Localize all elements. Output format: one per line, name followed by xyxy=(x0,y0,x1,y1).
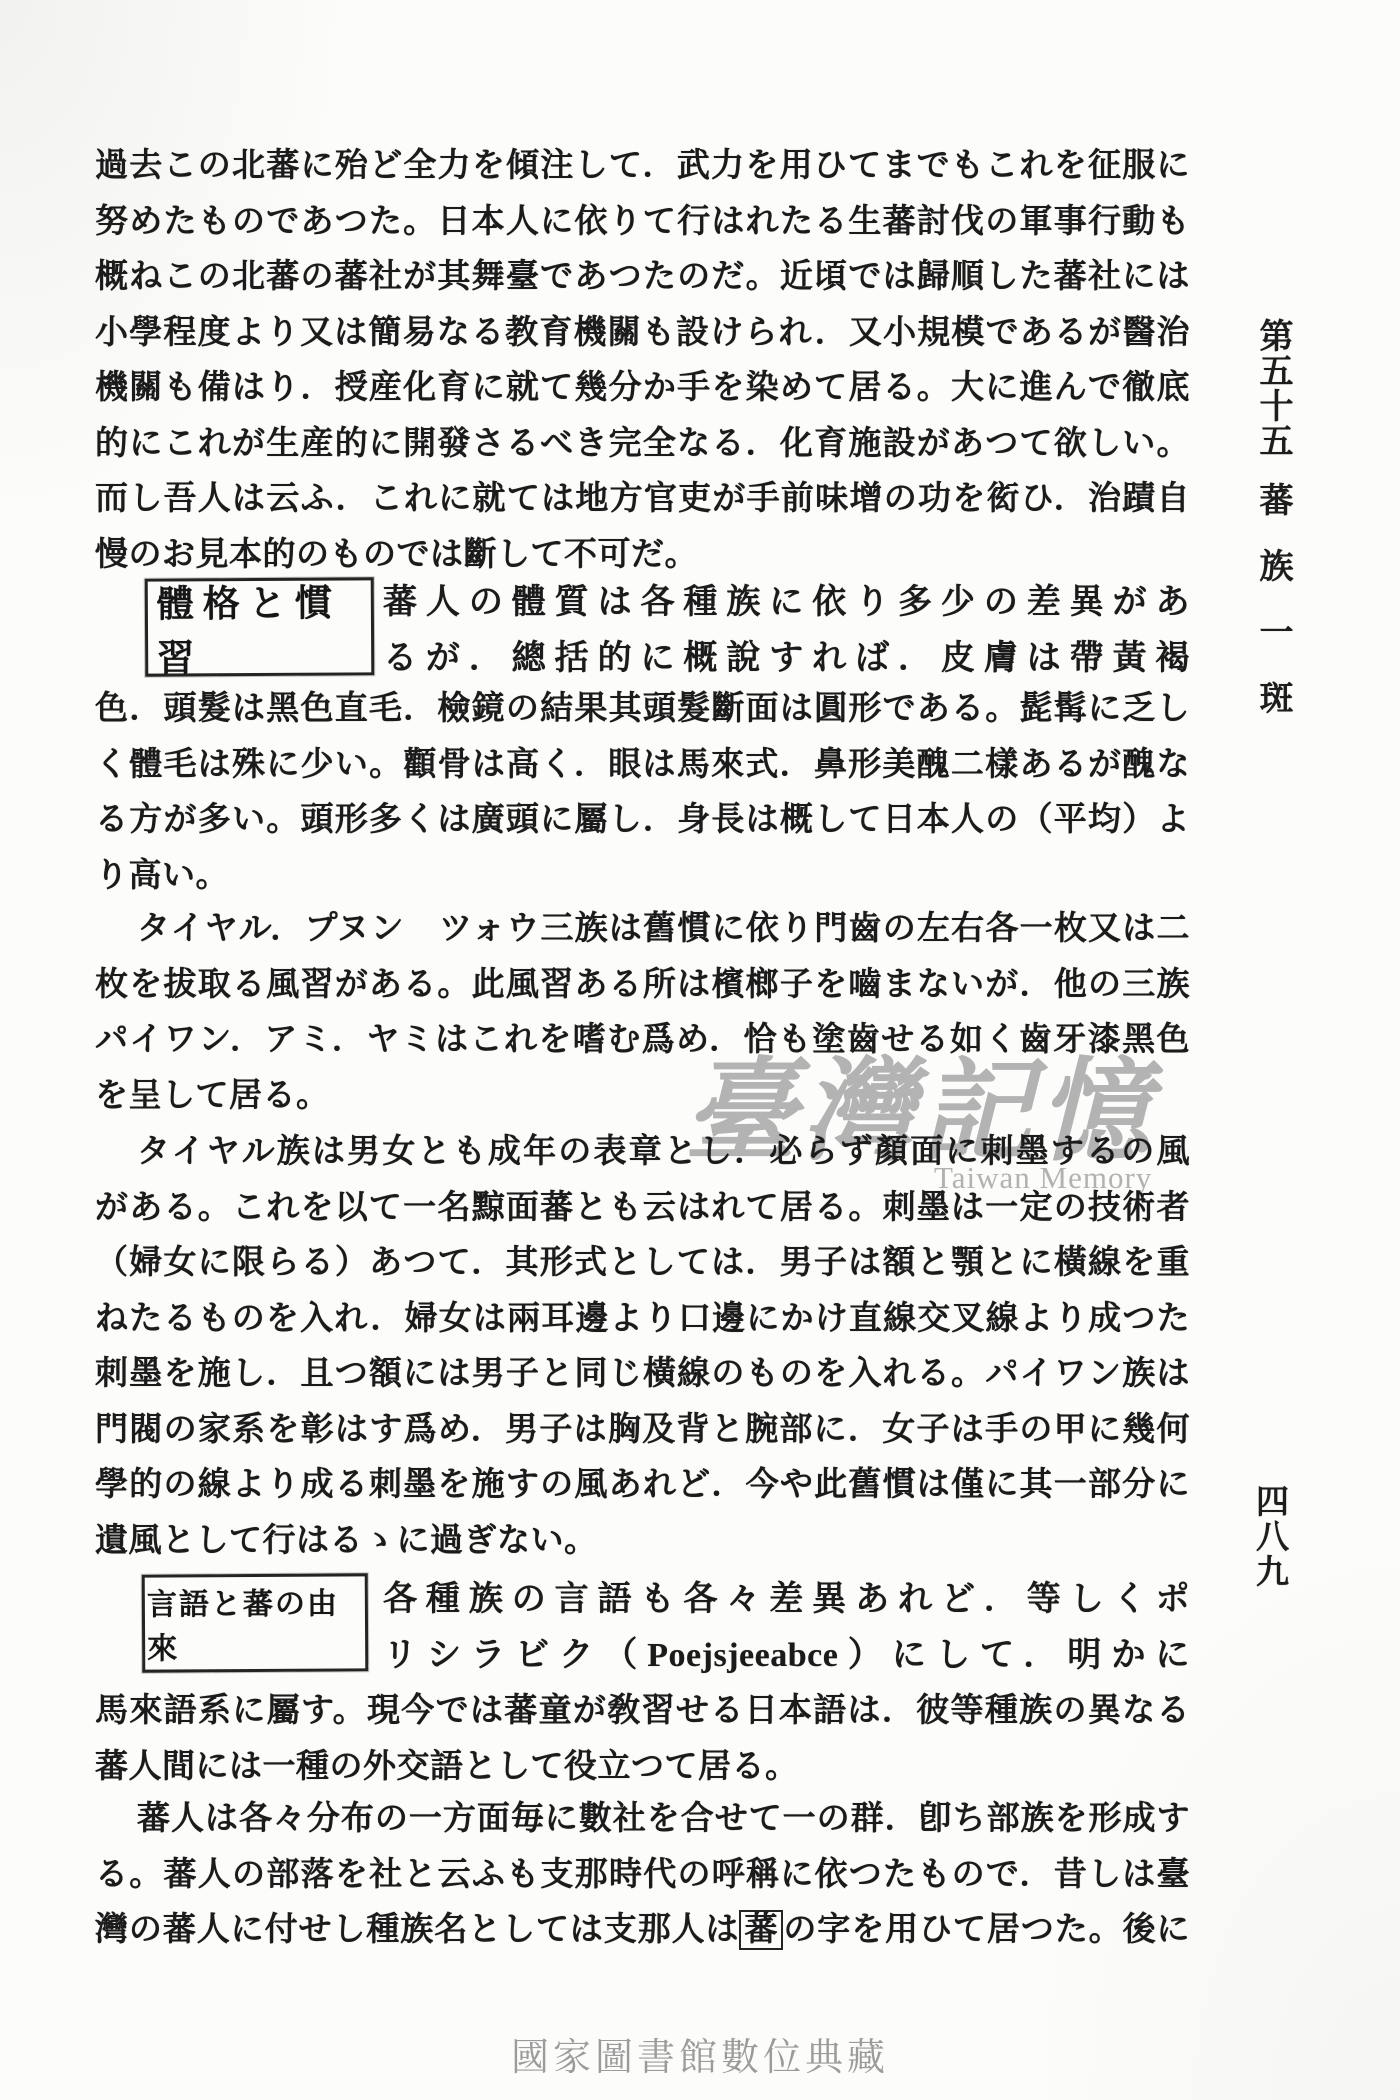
text-segment: 灣の蕃人に付せし種族名としては支那人は xyxy=(95,1912,739,1948)
margin-series-label: 蕃族一斑 xyxy=(1248,482,1297,746)
text-line: パイワン．アミ．ヤミはこれを嗜む爲め．恰も塗齒せる如く齒牙漆黑色 xyxy=(95,1013,1190,1069)
page-number: 四八九 xyxy=(1246,1484,1293,1589)
margin-chapter-label: 第五十五 xyxy=(1248,318,1297,458)
text-segment: の字を用ひて居つた。後に xyxy=(783,1912,1190,1948)
text-line: 過去この北蕃に殆ど全力を傾注して．武力を用ひてまでもこれを征服に xyxy=(95,139,1190,195)
text-line: 各種族の言語も各々差異あれど．等しくポ xyxy=(383,1572,1190,1628)
text-line: 蕃人の體質は各種族に依り多少の差異があ xyxy=(383,575,1190,631)
text-line: 色．頭髮は黑色直毛．檢鏡の結果其頭髮斷面は圓形である。髭髯に乏し xyxy=(95,682,1190,738)
text-line: 遺風として行はるゝに過ぎない。 xyxy=(95,1514,1190,1570)
text-line: がある。これを以て一名黥面蕃とも云はれて居る。刺墨は一定の技術者 xyxy=(95,1181,1190,1237)
text-line: 而し吾人は云ふ．これに就ては地方官吏が手前味增の功を衒ひ．治蹟自 xyxy=(95,472,1190,528)
national-library-watermark: 國家圖書館數位典藏 xyxy=(0,2026,1400,2081)
paragraph-4: タイヤル族は男女とも成年の表章とし．必らず顏面に刺墨するの風 がある。これを以て… xyxy=(95,1125,1190,1569)
text-line: る。蕃人の部落を社と云ふも支那時代の呼稱に依つたもので．昔しは臺 xyxy=(95,1848,1190,1904)
text-line: 努めたものであつた。日本人に依りて行はれたる生蕃討伐の軍事行動も xyxy=(95,195,1190,251)
text-line: るが．總括的に概說すれば．皮膚は帶黃褐 xyxy=(383,631,1190,687)
text-line: タイヤル族は男女とも成年の表章とし．必らず顏面に刺墨するの風 xyxy=(95,1125,1190,1181)
text-line: 小學程度より又は簡易なる教育機關も設けられ．又小規模であるが醫治 xyxy=(95,306,1190,362)
text-line: 枚を拔取る風習がある。此風習ある所は檳榔子を嚙まないが．他の三族 xyxy=(95,958,1190,1014)
text-line: リシラビク（Poejsjeeabce）にして．明かに xyxy=(383,1628,1190,1684)
text-line: 門閥の家系を彰はす爲め．男子は胸及背と腕部に．女子は手の甲に幾何 xyxy=(95,1403,1190,1459)
text-line: ねたるものを入れ．婦女は兩耳邊より口邊にかけ直線交叉線より成つた xyxy=(95,1292,1190,1348)
text-line: く體毛は殊に少い。顴骨は高く．眼は馬來式．鼻形美醜二樣あるが醜な xyxy=(95,738,1190,794)
section1-beside-text: 蕃人の體質は各種族に依り多少の差異があ るが．總括的に概說すれば．皮膚は帶黃褐 xyxy=(383,575,1190,686)
paragraph-3: タイヤル．プヌン ツォウ三族は舊慣に依り門齒の左右各一枚又は二 枚を拔取る風習が… xyxy=(95,902,1190,1124)
text-line: 學的の線より成る刺墨を施すの風あれど．今や此舊慣は僅に其一部分に xyxy=(95,1458,1190,1514)
text-line: を呈して居る。 xyxy=(95,1069,1190,1125)
text-line: タイヤル．プヌン ツォウ三族は舊慣に依り門齒の左右各一枚又は二 xyxy=(95,902,1190,958)
text-line: （婦女に限らる）あつて．其形式としては．男子は額と顎とに橫線を重 xyxy=(95,1236,1190,1292)
scanned-book-page: 臺灣記憶 Taiwan Memory 國家圖書館數位典藏 第五十五 蕃族一斑 四… xyxy=(0,0,1400,2100)
text-line-with-boxed-char: 灣の蕃人に付せし種族名としては支那人は蕃の字を用ひて居つた。後に xyxy=(95,1903,1190,1959)
section2-body: 馬來語系に屬す。現今では蕃童が敎習せる日本語は．彼等種族の異なる 蕃人間には一種… xyxy=(95,1684,1190,1795)
text-line: 機關も備はり．授産化育に就て幾分か手を染めて居る。大に進んで徹底 xyxy=(95,361,1190,417)
text-line: り高い。 xyxy=(95,849,1190,905)
text-line: 蕃人は各々分布の一方面毎に數社を合せて一の群．卽ち部族を形成す xyxy=(95,1792,1190,1848)
text-line: 刺墨を施し．且つ額には男子と同じ橫線のものを入れる。パイワン族は xyxy=(95,1347,1190,1403)
text-line: る方が多い。頭形多くは廣頭に屬し．身長は概して日本人の（平均）よ xyxy=(95,793,1190,849)
text-line: 馬來語系に屬す。現今では蕃童が敎習せる日本語は．彼等種族の異なる xyxy=(95,1684,1190,1740)
boxed-character-ban: 蕃 xyxy=(739,1910,783,1950)
text-line: 的にこれが生産的に開發さるべき完全なる．化育施設があつて欲しい。 xyxy=(95,417,1190,473)
section2-beside-text: 各種族の言語も各々差異あれど．等しくポ リシラビク（Poejsjeeabce）に… xyxy=(383,1572,1190,1683)
text-line: 蕃人間には一種の外交語として役立つて居る。 xyxy=(95,1740,1190,1796)
section1-body: 色．頭髮は黑色直毛．檢鏡の結果其頭髮斷面は圓形である。髭髯に乏し く體毛は殊に少… xyxy=(95,682,1190,904)
paragraph-1: 過去この北蕃に殆ど全力を傾注して．武力を用ひてまでもこれを征服に 努めたものであ… xyxy=(95,139,1190,583)
section-heading-language-and-origin: 言語と蕃の由來 xyxy=(142,1573,369,1672)
text-line: 概ねこの北蕃の蕃社が其舞臺であつたのだ。近頃では歸順した蕃社には xyxy=(95,250,1190,306)
paragraph-6: 蕃人は各々分布の一方面毎に數社を合せて一の群．卽ち部族を形成す る。蕃人の部落を… xyxy=(95,1792,1190,1959)
section-heading-physique-and-customs: 體格と慣習 xyxy=(145,577,375,676)
